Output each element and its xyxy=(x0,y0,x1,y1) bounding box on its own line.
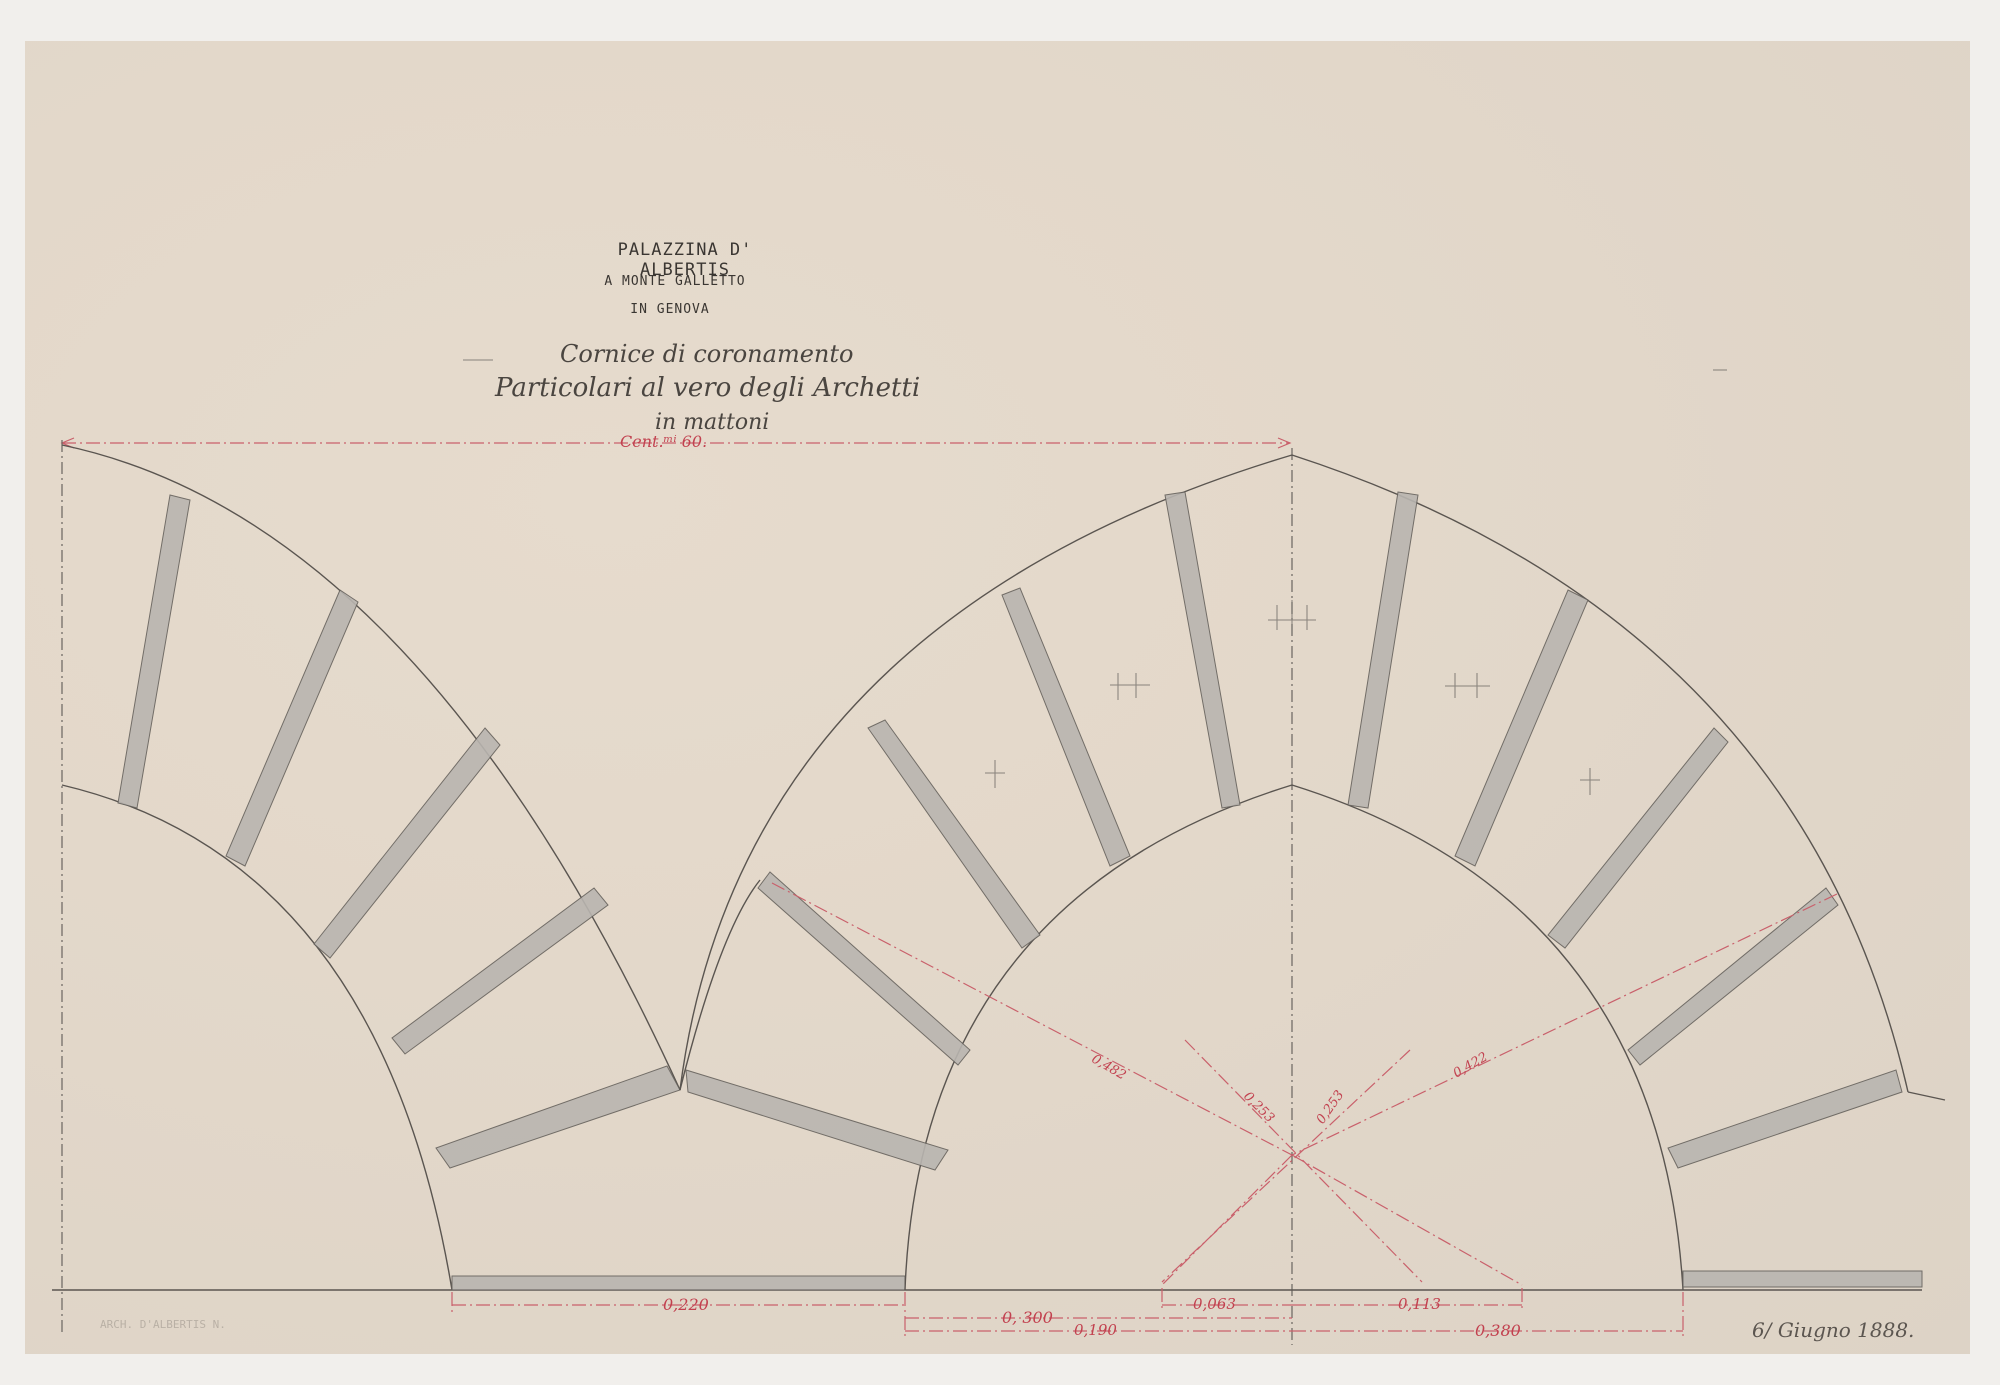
stamp-line-3: IN GENOVA xyxy=(620,302,720,317)
center-pointed-arch xyxy=(680,455,1945,1290)
title-line-2: Particolari al vero degli Archetti xyxy=(495,373,920,403)
title-line-1: Cornice di coronamento xyxy=(560,340,853,368)
construction-lines xyxy=(772,883,1837,1285)
archive-mark: ARCH. D'ALBERTIS N. xyxy=(100,1318,226,1331)
arch-drawing: .ink{fill:none;stroke:#5a5550;stroke-wid… xyxy=(0,0,2000,1385)
dim-arch-left-half: 0, 300 xyxy=(1002,1308,1053,1327)
dim-center-left: 0,063 xyxy=(1193,1295,1236,1313)
pencil-marks xyxy=(463,360,1727,795)
dim-center-right: 0,113 xyxy=(1398,1295,1441,1313)
total-width-label: Cent.ᵐⁱ 60. xyxy=(620,432,707,451)
dim-bottom-left-stone: 0,220 xyxy=(663,1295,709,1314)
dim-arch-span: 0,190 xyxy=(1074,1321,1117,1339)
stamp-line-2: A MONTE GALLETTO xyxy=(585,274,765,289)
signature-date: 6/ Giugno 1888. xyxy=(1752,1318,1914,1342)
dim-right-span: 0,380 xyxy=(1475,1321,1521,1340)
left-half-arch xyxy=(62,445,905,1290)
